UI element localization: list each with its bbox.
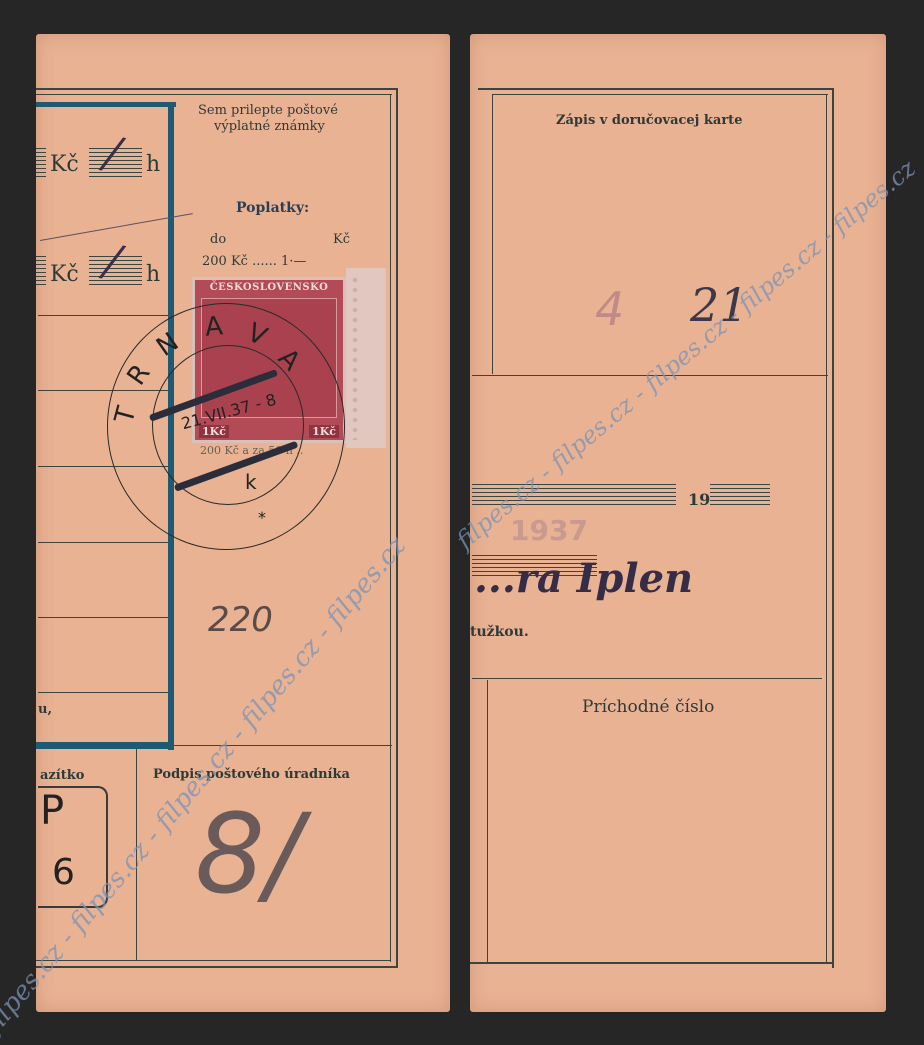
partial-label: u, — [38, 702, 52, 717]
fees-col-left: do — [210, 232, 226, 247]
pencil-number: 4 — [595, 282, 624, 336]
arrival-number-label: Príchodné číslo — [582, 697, 714, 717]
currency-label: Kč — [50, 152, 79, 177]
frame-top — [478, 88, 834, 90]
date-stamp-year: 1937 — [510, 514, 588, 547]
amount-box-bottom — [36, 742, 174, 749]
divider — [174, 745, 392, 746]
stamp-area-label: Sem prilepte poštové — [198, 103, 338, 118]
postmark-suffix: k — [245, 470, 257, 494]
frame-left-inner — [487, 680, 488, 962]
pencil-note: tužkou. — [470, 624, 529, 640]
divider — [38, 617, 168, 618]
unit-label: h — [146, 262, 160, 287]
unit-label: h — [146, 152, 160, 177]
frame-bottom — [470, 962, 834, 964]
year-ruled-lines — [710, 484, 770, 508]
box-stamp-letter: P — [40, 788, 64, 834]
divider — [38, 692, 168, 693]
postmark-box-label: azítko — [40, 768, 84, 783]
frame-top-inner — [36, 94, 392, 95]
stamp-country: ČESKOSLOVENSKO — [199, 282, 339, 293]
frame-right-inner — [390, 94, 391, 962]
box-stamp-digit: 6 — [52, 852, 75, 893]
currency-label: Kč — [50, 262, 79, 287]
divider — [38, 542, 168, 543]
amount-box-top — [36, 102, 176, 107]
frame-left-inner — [492, 94, 493, 374]
recipient-signature: ...ra Iplen — [474, 555, 693, 602]
ruled-lines — [36, 148, 46, 180]
frame-bottom-inner — [36, 960, 391, 961]
ruled-lines — [36, 256, 46, 288]
fees-title: Poplatky: — [236, 200, 309, 216]
frame-top — [36, 88, 398, 90]
handwritten-number: 220 — [208, 600, 273, 640]
frame-right — [396, 88, 398, 968]
divider — [472, 678, 822, 679]
postmark-star: * — [258, 508, 266, 527]
divider — [38, 315, 168, 316]
official-signature: 8/ — [195, 790, 302, 918]
fees-col-right: Kč — [333, 232, 350, 247]
postmark-town: A — [204, 311, 224, 342]
frame-top-inner — [492, 94, 828, 95]
delivery-card-label: Zápis v doručovacej karte — [556, 113, 742, 128]
perforation — [352, 275, 358, 440]
frame-bottom — [36, 966, 398, 968]
stamp-area-label: výplatné známky — [214, 119, 325, 134]
year-prefix: 19 — [688, 490, 710, 509]
fees-row: 200 Kč ...... 1·— — [202, 254, 306, 269]
